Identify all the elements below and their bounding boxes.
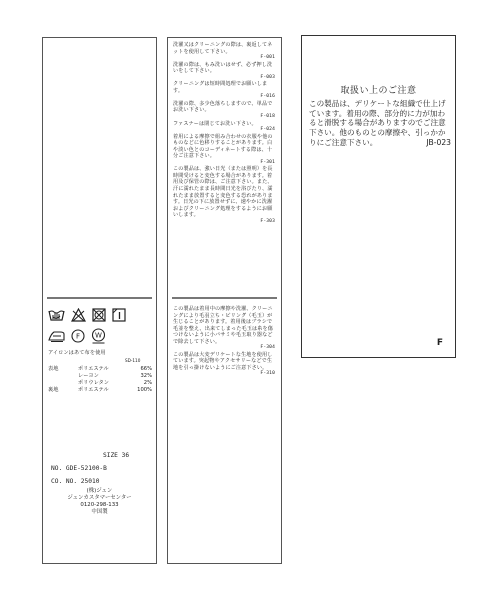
size-label: SIZE 36	[51, 449, 155, 462]
care-label-left: F W アイロンはあて布を使用 SD-110 表地 ポリエステル 66% レーヨ…	[42, 37, 157, 564]
fabric-percent: 2%	[130, 380, 152, 387]
note-text: クリーニングは短時間処理でお願いします。	[173, 81, 267, 94]
fabric-material: ポリエステル	[78, 387, 130, 394]
fabric-percent: 32%	[130, 373, 152, 380]
iron-low-icon	[48, 330, 65, 342]
fabric-material: ポリエステル	[78, 366, 130, 373]
fabric-row: 裏地 ポリエステル 100%	[48, 387, 152, 394]
hand-wash-30-icon	[48, 308, 65, 322]
no-bleach-icon	[71, 308, 86, 322]
caution-code: JB-023	[426, 138, 451, 148]
note-text: この製品は大変デリケートな生地を使用しています。突起物やアクセサリーなどで生地を…	[173, 352, 273, 371]
note-text: この製品は、強い日光（または照明）を長時間受けると変色する場合があります。着用及…	[173, 166, 273, 218]
country-of-origin: 中国製	[43, 509, 156, 516]
care-note: この製品は大変デリケートな生地を使用しています。突起物やアクセサリーなどで生地を…	[173, 352, 277, 378]
handling-caution-label: 取扱い上のご注意 この製品は、デリケートな組織で仕上げています。着用の際、部分的…	[301, 35, 456, 358]
note-text: ファスナーは閉じてお洗い下さい。	[173, 121, 257, 127]
note-code: F-303	[173, 219, 277, 226]
product-identifiers: SIZE 36 NO. GDE-52100-B CO. NO. 25010	[51, 449, 155, 488]
note-text: この製品は着用中の摩擦や洗濯、クリーニングにより毛羽立ち・ピリング（毛玉）が生じ…	[173, 306, 273, 345]
co-number: CO. NO. 25010	[51, 475, 155, 488]
fabric-percent: 100%	[130, 387, 152, 394]
care-note: クリーニングは短時間処理でお願いします。F-016	[173, 81, 277, 101]
fabric-row: レーヨン 32%	[48, 373, 152, 380]
standard-code: SD-110	[125, 358, 140, 363]
care-note: 洗濯又はクリーニングの際は、裏返してネットを使用して下さい。F-001	[173, 42, 277, 62]
note-text: 洗濯又はクリーニングの際は、裏返してネットを使用して下さい。	[173, 42, 273, 55]
care-note: この製品は、強い日光（または照明）を長時間受けると変色する場合があります。着用及…	[173, 166, 277, 225]
fabric-row: 表地 ポリエステル 66%	[48, 366, 152, 373]
size-mark: F	[437, 338, 443, 348]
care-note: 洗濯の際、多少色落ちしますので、単品でお洗い下さい。F-018	[173, 101, 277, 121]
phone-number: 0120-298-133	[43, 502, 156, 509]
divider	[47, 297, 152, 299]
fabric-composition: 表地 ポリエステル 66% レーヨン 32% ポリウレタン 2% 裏地 ポリエス…	[48, 366, 152, 394]
wet-clean-w-icon: W	[91, 328, 106, 344]
dry-clean-f-icon: F	[71, 329, 85, 343]
divider	[172, 297, 277, 299]
care-note: この製品は着用中の摩擦や洗濯、クリーニングにより毛羽立ち・ピリング（毛玉）が生じ…	[173, 306, 277, 352]
note-text: 着用による摩擦で組み合わせの衣服や他のものなどに色移りすることがあります。白や淡…	[173, 134, 273, 160]
fabric-part: 表地	[48, 366, 78, 373]
customer-center: ジュンカスタマーセンター	[43, 495, 156, 502]
care-notes-top: 洗濯又はクリーニングの際は、裏返してネットを使用して下さい。F-001 洗濯の際…	[173, 42, 277, 225]
svg-text:W: W	[95, 332, 102, 340]
no-tumble-dry-icon	[92, 308, 106, 322]
fabric-percent: 66%	[130, 366, 152, 373]
note-code: F-310	[173, 371, 277, 378]
fabric-part	[48, 373, 78, 380]
care-label-middle: 洗濯又はクリーニングの際は、裏返してネットを使用して下さい。F-001 洗濯の際…	[167, 37, 282, 564]
caution-title: 取扱い上のご注意	[302, 83, 455, 96]
care-note: 着用による摩擦で組み合わせの衣服や他のものなどに色移りすることがあります。白や淡…	[173, 134, 277, 167]
care-notes-bottom: この製品は着用中の摩擦や洗濯、クリーニングにより毛羽立ち・ピリング（毛玉）が生じ…	[173, 306, 277, 378]
maker-info: (株)ジュン ジュンカスタマーセンター 0120-298-133 中国製	[43, 488, 156, 516]
care-note: ファスナーは閉じてお洗い下さい。F-024	[173, 121, 277, 134]
note-text: 洗濯の際、多少色落ちしますので、単品でお洗い下さい。	[173, 101, 273, 114]
fabric-part	[48, 380, 78, 387]
fabric-material: レーヨン	[78, 373, 130, 380]
line-dry-shade-icon	[112, 308, 126, 322]
care-symbols-row-2: F W	[48, 328, 106, 344]
fabric-row: ポリウレタン 2%	[48, 380, 152, 387]
fabric-part: 裏地	[48, 387, 78, 394]
care-note: 洗濯の際は、もみ洗いはせず、必ず押し洗いをして下さい。F-003	[173, 62, 277, 82]
note-text: 洗濯の際は、もみ洗いはせず、必ず押し洗いをして下さい。	[173, 62, 272, 75]
svg-text:F: F	[76, 333, 80, 341]
fabric-material: ポリウレタン	[78, 380, 130, 387]
care-symbols-row-1	[48, 308, 126, 322]
iron-note: アイロンはあて布を使用	[48, 350, 106, 357]
product-number: NO. GDE-52100-B	[51, 462, 155, 475]
company-name: (株)ジュン	[43, 488, 156, 495]
caution-body: この製品は、デリケートな組織で仕上げています。着用の際、部分的に力が加わると滑脱…	[309, 99, 451, 148]
